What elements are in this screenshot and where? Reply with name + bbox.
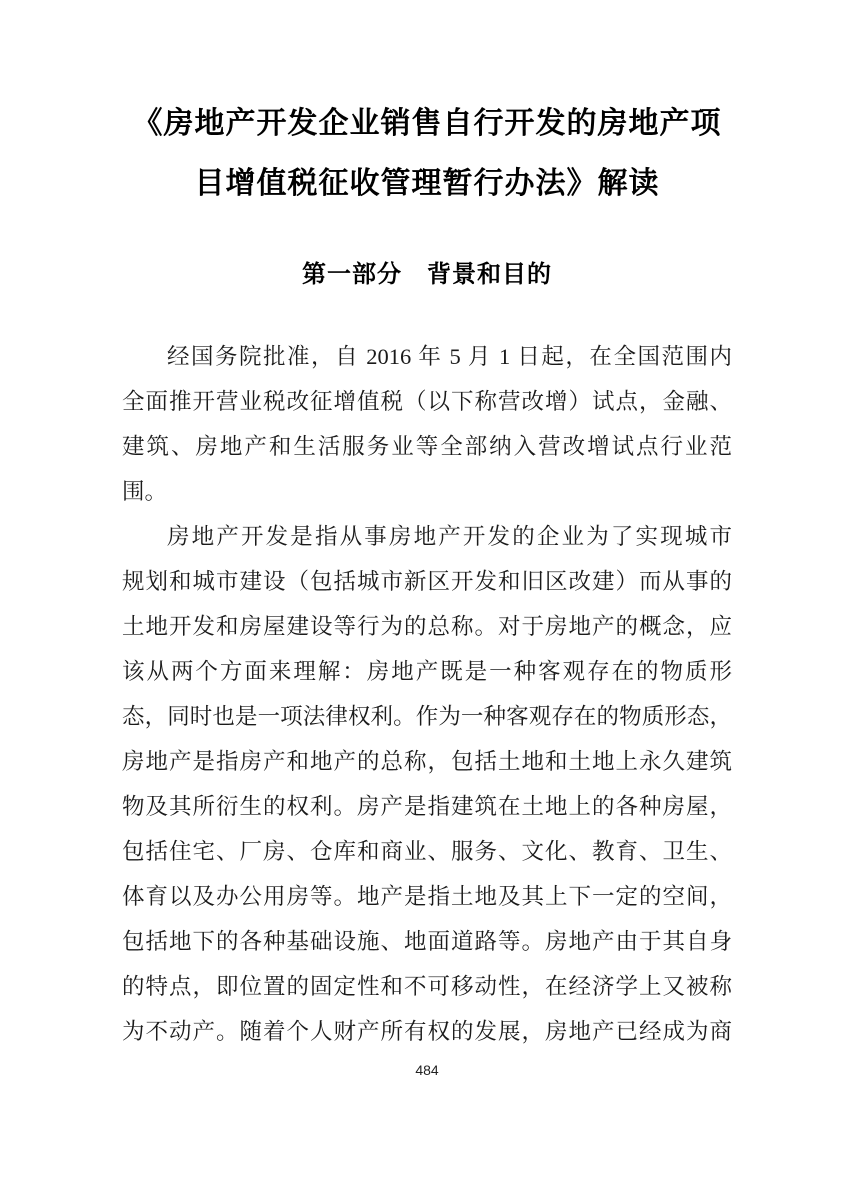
body-line: 体育以及办公用房等。地产是指土地及其上下一定的空间， [122, 874, 732, 919]
document-title-line: 目增值税征收管理暂行办法》解读 [122, 154, 732, 214]
body-line: 包括住宅、厂房、仓库和商业、服务、文化、教育、卫生、 [122, 829, 732, 874]
document-page: 《房地产开发企业销售自行开发的房地产项 目增值税征收管理暂行办法》解读 第一部分… [0, 0, 850, 1202]
body-line: 该从两个方面来理解：房地产既是一种客观存在的物质形 [122, 649, 732, 694]
document-title: 《房地产开发企业销售自行开发的房地产项 目增值税征收管理暂行办法》解读 [122, 94, 732, 214]
page-content: 《房地产开发企业销售自行开发的房地产项 目增值税征收管理暂行办法》解读 第一部分… [0, 94, 850, 1080]
body-text: 经国务院批准，自 2016 年 5 月 1 日起，在全国范围内 全面推开营业税改… [122, 334, 732, 1054]
section-heading: 第一部分 背景和目的 [122, 258, 732, 292]
document-title-line: 《房地产开发企业销售自行开发的房地产项 [122, 94, 732, 154]
page-number: 484 [122, 1060, 732, 1080]
body-line: 经国务院批准，自 2016 年 5 月 1 日起，在全国范围内 [122, 334, 732, 379]
body-line: 土地开发和房屋建设等行为的总称。对于房地产的概念，应 [122, 604, 732, 649]
body-line: 围。 [122, 469, 732, 514]
body-line: 建筑、房地产和生活服务业等全部纳入营改增试点行业范 [122, 424, 732, 469]
body-line: 物及其所衍生的权利。房产是指建筑在土地上的各种房屋， [122, 784, 732, 829]
body-line: 为不动产。随着个人财产所有权的发展，房地产已经成为商 [122, 1009, 732, 1054]
body-line: 规划和城市建设（包括城市新区开发和旧区改建）而从事的 [122, 559, 732, 604]
body-line: 房地产开发是指从事房地产开发的企业为了实现城市 [122, 514, 732, 559]
body-line: 的特点，即位置的固定性和不可移动性，在经济学上又被称 [122, 964, 732, 1009]
body-line: 包括地下的各种基础设施、地面道路等。房地产由于其自身 [122, 919, 732, 964]
body-line: 房地产是指房产和地产的总称，包括土地和土地上永久建筑 [122, 739, 732, 784]
body-line: 全面推开营业税改征增值税（以下称营改增）试点，金融、 [122, 379, 732, 424]
body-line: 态，同时也是一项法律权利。作为一种客观存在的物质形态， [122, 694, 732, 739]
